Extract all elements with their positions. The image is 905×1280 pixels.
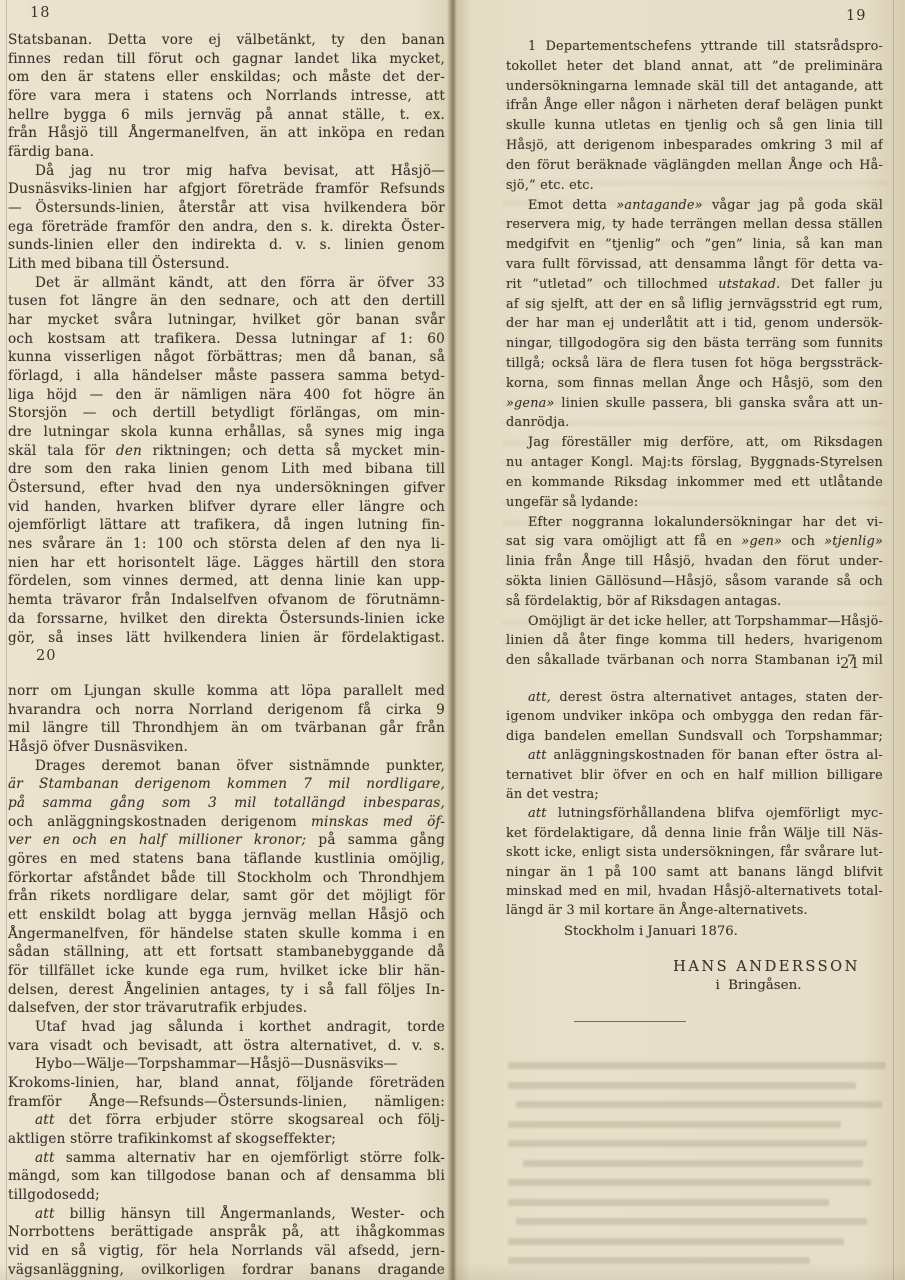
text-line: minskad med en mil, hvadan Håsjö-alterna… [506, 882, 883, 901]
text-line: Dusnäsviks-linien har afgjort företräde … [8, 180, 445, 199]
text-line: Storsjön — och dertill betydligt förläng… [8, 404, 445, 423]
page-18-text: Statsbanan. Detta vore ej välbetänkt, ty… [8, 31, 445, 647]
text-line: fördelen, som vinnes dermed, att denna l… [8, 572, 445, 591]
text-line: från Håsjö till Ångermanelfven, än att i… [8, 124, 445, 143]
text-line: Hybo—Wälje—Torpshammar—Håsjö—Dusnäsviks— [8, 1055, 445, 1074]
text-line: delsen, derest Ångelinien antages, ty i … [8, 981, 445, 1000]
text-line: tusen fot längre än den sednare, och att… [8, 292, 445, 311]
text-line: igenom undviker inköpa och ombygga den r… [506, 707, 883, 726]
text-line: 1 Departementschefens yttrande till stat… [506, 37, 883, 57]
text-line: norr om Ljungan skulle komma att löpa pa… [8, 682, 445, 701]
text-line: dre lutningar skola kunna erhållas, så s… [8, 423, 445, 442]
text-line: Drages deremot banan öfver sistnämnde pu… [8, 757, 445, 776]
text-line: der har man ej underlåtit att i tid, gen… [506, 314, 883, 334]
text-line: förlagd, i alla händelser måste passera … [8, 367, 445, 386]
signature-name: HANS ANDERSSON [578, 958, 905, 975]
text-line: Ångermanelfven, för händelse staten skul… [8, 925, 445, 944]
text-line: ningar än 1 på 100 samt att banans längd… [506, 863, 883, 882]
text-line: att samma alternativ har en ojemförligt … [8, 1149, 445, 1168]
text-line: vägsanläggning, ovilkorligen fordrar ban… [8, 1261, 445, 1280]
text-line: gör, så inses lätt hvilkendera linien är… [8, 629, 445, 648]
text-line: än det vestra; [506, 785, 883, 804]
text-line: nu antager Kongl. Maj:ts förslag, Byggna… [506, 453, 883, 473]
text-line: den såkallade tvärbanan och norra Stamba… [506, 651, 883, 671]
text-line: Då jag nu tror mig hafva bevisat, att Hå… [8, 162, 445, 181]
text-line: Statsbanan. Detta vore ej välbetänkt, ty… [8, 31, 445, 50]
text-line: ega företräde framför den andra, den s. … [8, 218, 445, 237]
text-line: så fördelaktig, bör af Riksdagen antagas… [506, 592, 883, 612]
text-line: vid en så vigtig, för hela Norrlands väl… [8, 1242, 445, 1261]
text-line: framför Ånge—Refsunds—Östersunds-linien,… [8, 1093, 445, 1112]
page-edge-left [6, 0, 7, 1280]
text-line: från rikets nordligare delar, samt gör d… [8, 887, 445, 906]
text-line: ternativet blir öfver en och en half mil… [506, 766, 883, 785]
text-line: diga bandelen emellan Sundsvall och Torp… [506, 727, 883, 746]
closing-block: Stockholm i Januari 1876. HANS ANDERSSON… [506, 918, 883, 1022]
text-line: en kommande Riksdag inkommer med ett utl… [506, 473, 883, 493]
text-line: är Stambanan derigenom kommen 7 mil nord… [8, 775, 445, 794]
text-line: finnes redan till förut och gagnar lande… [8, 50, 445, 69]
text-line: medgifvit en ”tjenlig” och ”gen” linia, … [506, 235, 883, 255]
text-line: sökta linien Gällösund—Håsjö, såsom vara… [506, 572, 883, 592]
text-line: vid handen, hvarken blifver dyrare eller… [8, 498, 445, 517]
text-line: sunds-linien eller den indirekta d. v. s… [8, 236, 445, 255]
page-19-text: 1 Departementschefens yttrande till stat… [506, 37, 883, 671]
text-line: Det är allmänt kändt, att den förra är ö… [8, 274, 445, 293]
text-line: sjö,” etc. etc. [506, 176, 883, 196]
text-line: skäl tala för den riktningen; och detta … [8, 442, 445, 461]
text-line: ojemförligt lättare att trafikera, då in… [8, 516, 445, 535]
text-line: undersökningarna lemnade skäl till det a… [506, 77, 883, 97]
text-line: förkortar afståndet både till Stockholm … [8, 869, 445, 888]
page-number-21: 21 [840, 656, 860, 672]
text-line: kunna visserligen något förbättras; men … [8, 348, 445, 367]
text-line: mil längre till Throndhjem än om tvärban… [8, 719, 445, 738]
text-line: ett enskildt bolag att bygga jernväg mel… [8, 906, 445, 925]
page-21-text: att, derest östra alternativet antages, … [506, 688, 883, 921]
text-line: att det förra erbjuder större skogsareal… [8, 1111, 445, 1130]
page-edge-right [893, 0, 894, 1280]
text-line: dalsefven, der stor trävarutrafik erbjud… [8, 999, 445, 1018]
text-line: sådan ställning, att ett fortsatt stamba… [8, 943, 445, 962]
text-line: sat sig vara omöjligt att få en »gen» oc… [506, 532, 883, 552]
text-line: »gena» linien skulle passera, bli ganska… [506, 394, 883, 414]
text-line: göres en med statens bana täflande kustl… [8, 850, 445, 869]
page-number-18: 18 [30, 5, 50, 21]
text-line: om den är statens eller enskildas; och m… [8, 68, 445, 87]
text-line: på samma gång som 3 mil totallängd inbes… [8, 794, 445, 813]
text-line: ifrån Ånge eller någon i närheten deraf … [506, 96, 883, 116]
text-line: Emot detta »antagande» vågar jag på goda… [506, 196, 883, 216]
text-line: före vara mera i statens och Norrlands i… [8, 87, 445, 106]
page-number-20: 20 [36, 648, 56, 664]
text-line: linia från Ånge till Håsjö, hvadan den f… [506, 552, 883, 572]
text-line: da forssarne, hvilket den direkta Östers… [8, 610, 445, 629]
text-line: vara fullt förvissad, att densamma långt… [506, 255, 883, 275]
text-line: tillgodosedd; [8, 1186, 445, 1205]
text-line: att, derest östra alternativet antages, … [506, 688, 883, 707]
text-line: Lith med bibana till Östersund. [8, 255, 445, 274]
text-line: mängd, som kan tillgodose banan och af d… [8, 1167, 445, 1186]
text-line: Norrbottens berättigade anspråk på, att … [8, 1223, 445, 1242]
text-line: hemta trävaror från Indalselfven ofvanom… [8, 591, 445, 610]
signature-place: i Bringåsen. [570, 978, 905, 993]
text-line: Omöjligt är det icke heller, att Torpsha… [506, 612, 883, 632]
text-line: färdig bana. [8, 143, 445, 162]
text-line: vara visadt och bevisadt, att östra alte… [8, 1037, 445, 1056]
text-line: skulle kunna utletas en tjenlig och så g… [506, 116, 883, 136]
text-line: och kostsam att trafikera. Dessa lutning… [8, 330, 445, 349]
text-line: danrödja. [506, 413, 883, 433]
text-line: reservera mig, ty hade terrängen mellan … [506, 215, 883, 235]
text-line: ver en och en half millioner kronor; på … [8, 831, 445, 850]
text-line: nien har ett horisontelt läge. Lägges hä… [8, 554, 445, 573]
text-line: korna, som finnas mellan Ånge och Håsjö,… [506, 374, 883, 394]
text-line: — Östersunds-linien, återstår att visa h… [8, 199, 445, 218]
text-line: för tillfället icke kunde ega rum, hvilk… [8, 962, 445, 981]
text-line: tokollet heter det bland annat, att ”de … [506, 57, 883, 77]
text-line: rit ”utletad” och tillochmed utstakad. D… [506, 275, 883, 295]
text-line: att anläggningskostnaden för banan efter… [506, 746, 883, 765]
text-line: Efter noggranna lokalundersökningar har … [506, 513, 883, 533]
text-line: aktligen större trafikinkomst af skogsef… [8, 1130, 445, 1149]
bleed-through-text [508, 1062, 886, 1277]
text-line: Jag föreställer mig derföre, att, om Rik… [506, 433, 883, 453]
text-line: nes svårare än 1: 100 och största delen … [8, 535, 445, 554]
text-line: liga höjd — den är nämligen nära 400 fot… [8, 386, 445, 405]
text-line: och anläggningskostnaden derigenom minsk… [8, 813, 445, 832]
text-line: har mycket svåra lutningar, hvilket gör … [8, 311, 445, 330]
text-line: Östersund, efter hvad den nya undersökni… [8, 479, 445, 498]
text-line: Krokoms-linien, har, bland annat, följan… [8, 1074, 445, 1093]
page-number-19: 19 [846, 8, 866, 24]
text-line: Utaf hvad jag sålunda i korthet andragit… [8, 1018, 445, 1037]
text-line: hellre bygga 6 mils jernväg på annat stä… [8, 106, 445, 125]
horizontal-rule [574, 1021, 686, 1022]
text-line: ket fördelaktigare, då denna linie från … [506, 824, 883, 843]
text-line: Håsjö öfver Dusnäsviken. [8, 738, 445, 757]
text-line: hvarandra och norra Norrland derigenom f… [8, 701, 445, 720]
text-line: den förut beräknade väglängden mellan Ån… [506, 156, 883, 176]
text-line: Håsjö, att derigenom inbesparades omkrin… [506, 136, 883, 156]
text-line: att lutningsförhållandena blifva ojemför… [506, 804, 883, 823]
page-20-text: norr om Ljungan skulle komma att löpa pa… [8, 682, 445, 1280]
scanned-book-spread: 18 19 20 21 Statsbanan. Detta vore ej vä… [0, 0, 905, 1280]
text-line: ungefär så lydande: [506, 493, 883, 513]
text-line: af sig sjelft, att der en så liflig jern… [506, 295, 883, 315]
dateline: Stockholm i Januari 1876. [564, 924, 883, 939]
text-line: tillgå; också lära de flera tusen fot hö… [506, 354, 883, 374]
text-line: ningar, tillgodogöra sig den bästa terrä… [506, 334, 883, 354]
text-line: linien då åter finge komma till heders, … [506, 631, 883, 651]
text-line: skott icke, enligt sista undersökningen,… [506, 843, 883, 862]
text-line: dre som den raka linien genom Lith med b… [8, 460, 445, 479]
text-line: att billig hänsyn till Ångermanlands, We… [8, 1205, 445, 1224]
